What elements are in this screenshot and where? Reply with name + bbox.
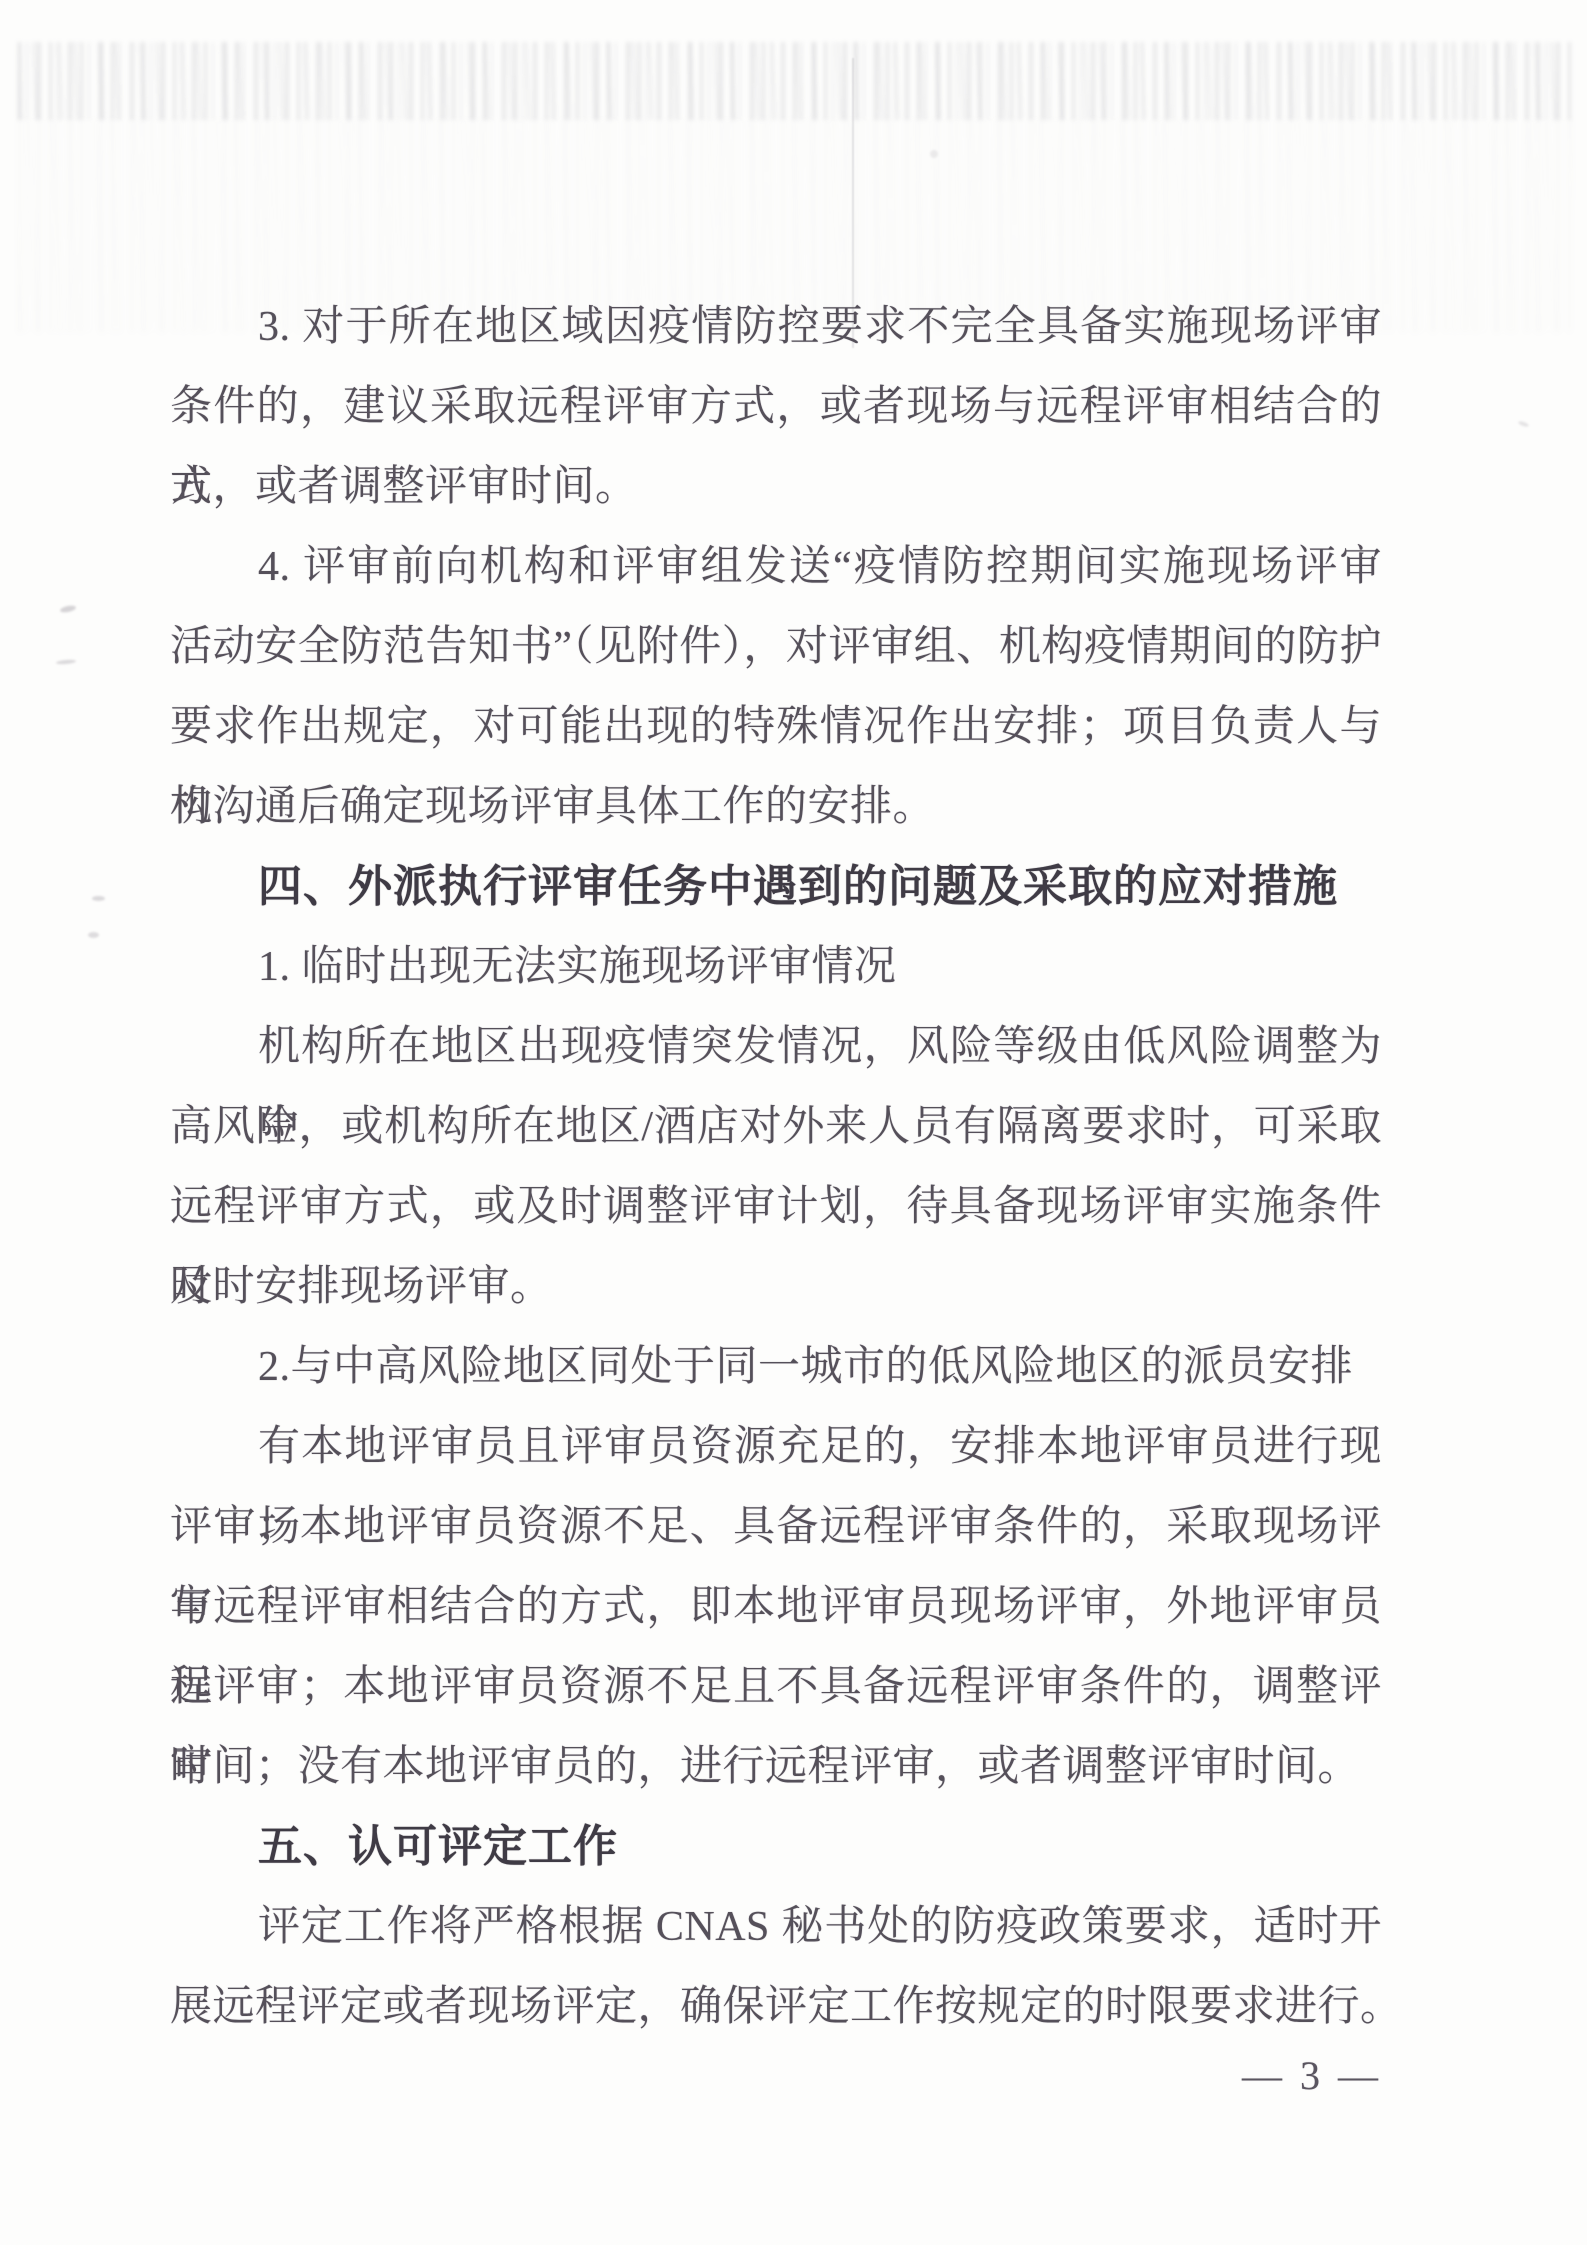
- paragraph-line: 高风险，或机构所在地区/酒店对外来人员有隔离要求时，可采取: [170, 1087, 1382, 1167]
- paragraph-line: 时间；没有本地评审员的，进行远程评审，或者调整评审时间。: [170, 1727, 1382, 1807]
- paragraph-line: 远程评审方式，或及时调整评审计划，待具备现场评审实施条件时: [170, 1167, 1382, 1247]
- paragraph-line: 活动安全防范告知书”（见附件），对评审组、机构疫情期间的防护: [170, 607, 1382, 687]
- scan-speck: [930, 150, 938, 158]
- paragraph-line: 式，或者调整评审时间。: [170, 447, 1382, 527]
- paragraph-line: 评定工作将严格根据 CNAS 秘书处的防疫政策要求，适时开: [170, 1887, 1382, 1967]
- subitem-title: 1. 临时出现无法实施现场评审情况: [170, 927, 1382, 1007]
- section-heading-5: 五、认可评定工作: [170, 1807, 1382, 1887]
- paragraph-line: 机构所在地区出现疫情突发情况，风险等级由低风险调整为中: [170, 1007, 1382, 1087]
- scan-speck: [56, 659, 76, 665]
- document-page: 3. 对于所在地区域因疫情防控要求不完全具备实施现场评审 条件的，建议采取远程评…: [0, 0, 1587, 2245]
- paragraph-line: 评审；本地评审员资源不足、具备远程评审条件的，采取现场评审: [170, 1487, 1382, 1567]
- paragraph-line: 有本地评审员且评审员资源充足的，安排本地评审员进行现场: [170, 1407, 1382, 1487]
- scan-speck: [60, 604, 77, 613]
- subitem-title: 2.与中高风险地区同处于同一城市的低风险地区的派员安排: [170, 1327, 1382, 1407]
- scan-speck: [1518, 420, 1530, 428]
- paragraph-line: 程评审；本地评审员资源不足且不具备远程评审条件的，调整评审: [170, 1647, 1382, 1727]
- section-heading-4: 四、外派执行评审任务中遇到的问题及采取的应对措施: [170, 847, 1382, 927]
- scan-artifact-band: [18, 42, 1573, 120]
- paragraph-line: 及时安排现场评审。: [170, 1247, 1382, 1327]
- page-number: — 3 —: [1242, 2052, 1382, 2099]
- paragraph-line: 3. 对于所在地区域因疫情防控要求不完全具备实施现场评审: [170, 287, 1382, 367]
- paragraph-line: 构沟通后确定现场评审具体工作的安排。: [170, 767, 1382, 847]
- paragraph-line: 条件的，建议采取远程评审方式，或者现场与远程评审相结合的方: [170, 367, 1382, 447]
- scan-speck: [92, 896, 105, 901]
- paragraph-line: 4. 评审前向机构和评审组发送“疫情防控期间实施现场评审: [170, 527, 1382, 607]
- paragraph-line: 要求作出规定，对可能出现的特殊情况作出安排；项目负责人与机: [170, 687, 1382, 767]
- document-text-block: 3. 对于所在地区域因疫情防控要求不完全具备实施现场评审 条件的，建议采取远程评…: [170, 287, 1382, 2047]
- scan-speck: [88, 932, 99, 938]
- paragraph-line: 与远程评审相结合的方式，即本地评审员现场评审，外地评审员远: [170, 1567, 1382, 1647]
- paragraph-line: 展远程评定或者现场评定，确保评定工作按规定的时限要求进行。: [170, 1967, 1382, 2047]
